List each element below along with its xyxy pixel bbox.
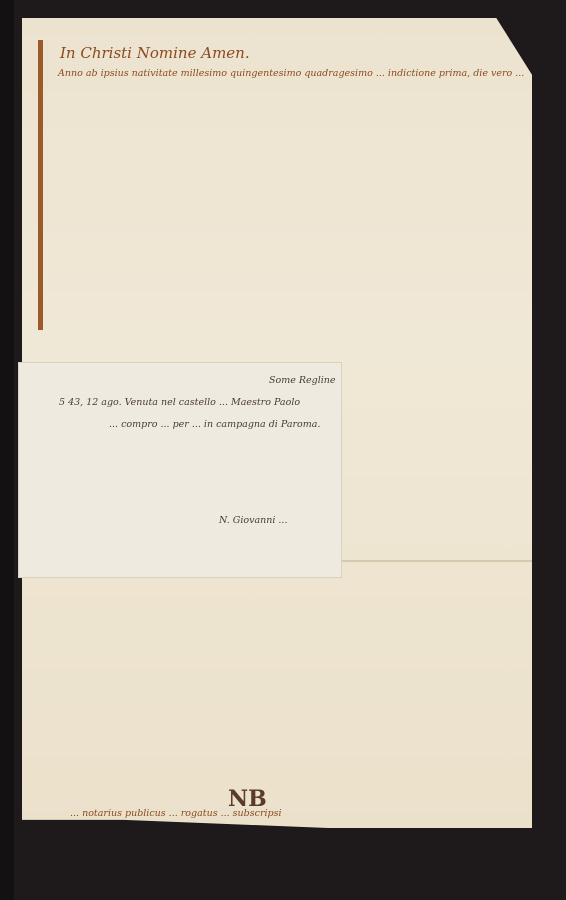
slip-line-3: ... compro ... per ... in campagna di Pa… [109, 419, 320, 430]
attached-paper-slip: Some Regline 5 43, 12 ago. Venuta nel ca… [18, 362, 342, 578]
document-heading: In Christi Nomine Amen. [60, 44, 250, 62]
slip-line-2: 5 43, 12 ago. Venuta nel castello ... Ma… [59, 397, 300, 408]
slip-signature: N. Giovanni ... [219, 515, 287, 526]
background-edge [0, 0, 14, 900]
closing-text: ... notarius publicus ... rogatus ... su… [70, 806, 540, 822]
opening-text: Anno ab ipsius nativitate millesimo quin… [58, 66, 528, 82]
slip-line-1: Some Regline [269, 375, 336, 386]
decorated-initial-i [38, 40, 43, 330]
